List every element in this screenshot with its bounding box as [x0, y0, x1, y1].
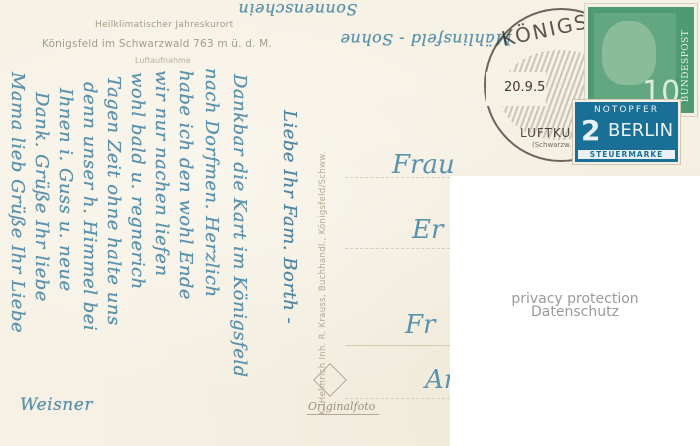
address-line [345, 345, 450, 346]
logo-underline [307, 414, 379, 415]
address-line [345, 248, 450, 249]
handwritten-upside-down: Mählinsfeld - Sohne [340, 30, 511, 49]
printed-header-line2: Königsfeld im Schwarzwald 763 m ü. d. M. [42, 38, 272, 50]
address-word: Er [412, 215, 443, 245]
stamp-value: 2 [581, 114, 600, 147]
stamp-notopfer-berlin: NOTOPFER 2 BERLIN STEUERMARKE [573, 100, 680, 164]
postcard: Heilklimatischer Jahreskurort Königsfeld… [0, 0, 700, 446]
stamp-country: BUNDESPOST [681, 16, 691, 116]
printed-header-line1: Heilklimatischer Jahreskurort [95, 20, 233, 30]
postmark-date: 20.9.5 [486, 72, 546, 106]
handwritten-line: habe ich den wohl Ende [175, 70, 196, 300]
originalfoto-label: Originalfoto [308, 400, 375, 413]
stamp-city: BERLIN [608, 120, 673, 141]
address-word: Fr [405, 310, 435, 340]
handwritten-line: Ihnen i. Guss u. neue [55, 88, 76, 292]
handwritten-upside-down: Sonnenschein [238, 0, 357, 19]
postmark-lower-small: (Schwarzw.) [532, 141, 574, 149]
handwritten-line: Dankbar die Kart im Königsfeld [229, 74, 250, 378]
address-line [345, 398, 450, 399]
privacy-mask: privacy protection Datenschutz [450, 176, 700, 446]
privacy-mask-line2: Datenschutz [450, 306, 700, 319]
handwritten-line: wohl bald u. regnerich [127, 72, 148, 290]
printed-header-line3: Luftaufnahme [135, 56, 191, 65]
handwritten-line: nach Dorfmen. Herzlich [201, 68, 222, 298]
handwritten-signature: Weisner [20, 395, 93, 415]
handwritten-line: denn unser h. Himmel bei [79, 82, 100, 331]
handwritten-line: wir nur nachen liefen [151, 70, 172, 277]
stamp-bottom-text: STEUERMARKE [578, 150, 675, 159]
handwritten-line: Mama lieb Grüße Ihr Liebe [7, 72, 28, 333]
handwritten-line: Dank. Grüße Ihr liebe [31, 92, 52, 302]
handwritten-salutation: Liebe Ihr Fam. Borth - [279, 110, 300, 324]
handwritten-line: Tagen Zeit ohne halte uns [103, 76, 124, 326]
address-word: Frau [392, 150, 455, 180]
